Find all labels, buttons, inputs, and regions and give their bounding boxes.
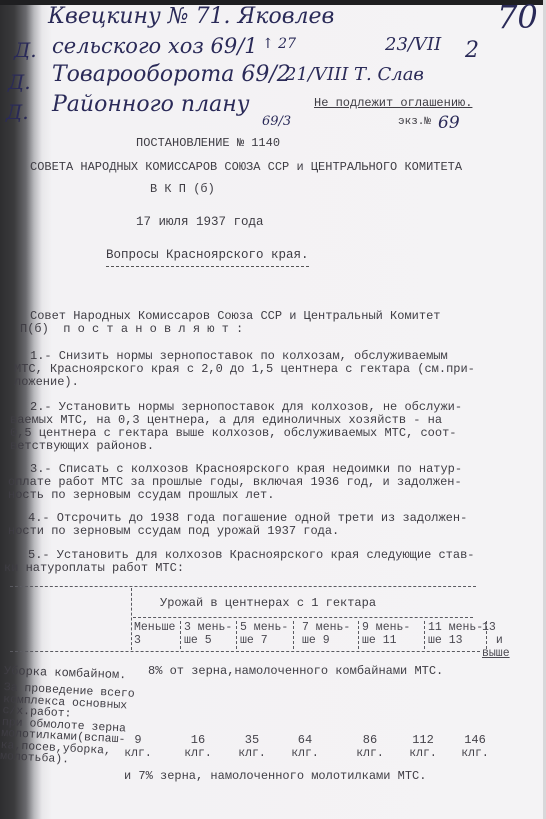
table-column-header-3: 5 мень-ше 7 <box>240 621 288 647</box>
complex-value-unit: клг. <box>350 747 390 760</box>
complex-value: 35 <box>232 733 272 747</box>
table-column-header-4: 7 мень-ше 9 <box>302 621 350 647</box>
table-column-header-5: 9 мень-ше 11 <box>362 621 410 647</box>
paragraph-3-line-2: оплате работ МТС за прошлые годы, включа… <box>8 475 462 489</box>
row-combine-value: 8% от зерна,намолоченного комбайнами МТС… <box>148 664 443 678</box>
intro-line-1: Совет Народных Комиссаров Союза ССР и Це… <box>30 309 440 323</box>
complex-value: 16 <box>178 733 218 747</box>
column-divider <box>424 621 425 649</box>
column-divider <box>358 621 359 649</box>
handwritten-margin-prefix-3: Д. <box>6 100 29 124</box>
table-column-header-7: 13 ивыше <box>482 621 510 660</box>
complex-value-unit: клг. <box>285 747 325 760</box>
paragraph-1-line-2: МТС, Красноярского края с 2,0 до 1,5 цен… <box>14 362 475 376</box>
table-label-divider <box>131 588 132 650</box>
table-header-bottom-rule <box>10 651 480 652</box>
complex-value: 86 <box>350 733 390 747</box>
complex-value: 9 <box>118 733 158 747</box>
intro-line-2: П(б) п о с т а н о в л я ю т : <box>20 322 243 336</box>
issuer-line-2: В К П (б) <box>150 182 215 196</box>
issuer-line-1: СОВЕТА НАРОДНЫХ КОМИССАРОВ СОЮЗА ССР и Ц… <box>30 160 462 174</box>
document-scan: Квецкину № 71. Яковлев Д. сельского хоз … <box>0 0 546 819</box>
handwritten-line-4: Районного плану <box>52 92 249 117</box>
complex-value-unit: клг. <box>403 747 443 760</box>
handwritten-page-number: 70 <box>497 0 538 36</box>
row-combine-label: Уборка комбайном. <box>4 664 127 682</box>
complex-value-unit: клг. <box>455 747 495 760</box>
complex-value-unit: клг. <box>178 747 218 760</box>
paragraph-1-line-1: 1.- Снизить нормы зернопоставок по колхо… <box>30 349 448 363</box>
complex-value-unit: клг. <box>232 747 272 760</box>
paragraph-3-line-1: 3.- Списать с колхозов Красноярского кра… <box>30 462 462 476</box>
paragraph-2-line-2: ваемых МТС, на 0,3 центнера, а для едино… <box>10 413 442 427</box>
handwritten-margin-prefix-1: Д. <box>14 38 37 62</box>
decree-date: 17 июля 1937 года <box>136 215 264 229</box>
handwritten-line-2: сельского хоз 69/1 <box>52 34 258 58</box>
complex-value: 112 <box>403 733 443 747</box>
column-divider <box>293 621 294 649</box>
handwritten-copy-number: 69 <box>438 113 460 133</box>
paragraph-2-line-3: 0,5 центнера с гектара выше колхозов, об… <box>10 426 456 440</box>
complex-value: 146 <box>455 733 495 747</box>
not-for-publication-stamp: Не подлежит оглашению. <box>314 96 472 110</box>
table-column-header-1: Меньше3 <box>134 621 175 647</box>
column-divider <box>180 621 181 649</box>
complex-value: 64 <box>285 733 325 747</box>
row-complex-label: За проведение всегокомплекса основныхс/х… <box>0 682 135 769</box>
handwritten-mark: 2 <box>465 38 479 63</box>
paragraph-1-line-3: ложение). <box>14 375 79 389</box>
handwritten-line-1: Квецкину № 71. Яковлев <box>48 4 334 29</box>
column-divider <box>236 621 237 649</box>
handwritten-margin-prefix-2: Д. <box>8 70 31 94</box>
handwritten-line-3-date: 21/VIII Т. Слав <box>285 64 424 85</box>
table-group-header: Урожай в центнерах с 1 гектара <box>160 596 376 610</box>
decree-title: ПОСТАНОВЛЕНИЕ № 1140 <box>136 136 280 150</box>
table-subheader-rule <box>133 617 473 618</box>
handwritten-line-3: Товарооборота 69/2 <box>52 62 291 87</box>
table-top-rule <box>10 586 476 587</box>
paragraph-3-line-3: ность по зерновым ссудам прошлых лет. <box>8 488 274 502</box>
row-complex-footnote: и 7% зерна, намолоченного молотилками МТ… <box>124 769 426 783</box>
handwritten-line-4-code: 69/3 <box>262 114 291 129</box>
handwritten-date: 23/VII <box>385 34 441 55</box>
decree-subject: Вопросы Красноярского края. <box>106 248 309 267</box>
table-column-header-2: 3 мень-ше 5 <box>184 621 232 647</box>
copy-number-label: экз.№ <box>398 116 431 128</box>
paragraph-2-line-1: 2.- Установить нормы зернопоставок для к… <box>30 400 462 414</box>
paragraph-4-line-2: ности по зерновым ссудам под урожай 1937… <box>8 524 339 538</box>
paragraph-5-line-1: 5.- Установить для колхозов Красноярског… <box>28 548 474 562</box>
paragraph-4-line-1: 4.- Отсрочить до 1938 года погашение одн… <box>28 511 467 525</box>
handwritten-line-2-mark: ↑ 27 <box>262 36 296 52</box>
paragraph-2-line-4: ветствующих районов. <box>10 439 154 453</box>
table-column-header-6: 11 мень-ше 13 <box>428 621 483 647</box>
paragraph-5-line-2: ки натуроплаты работ МТС: <box>4 561 184 575</box>
complex-value-unit: клг. <box>118 747 158 760</box>
